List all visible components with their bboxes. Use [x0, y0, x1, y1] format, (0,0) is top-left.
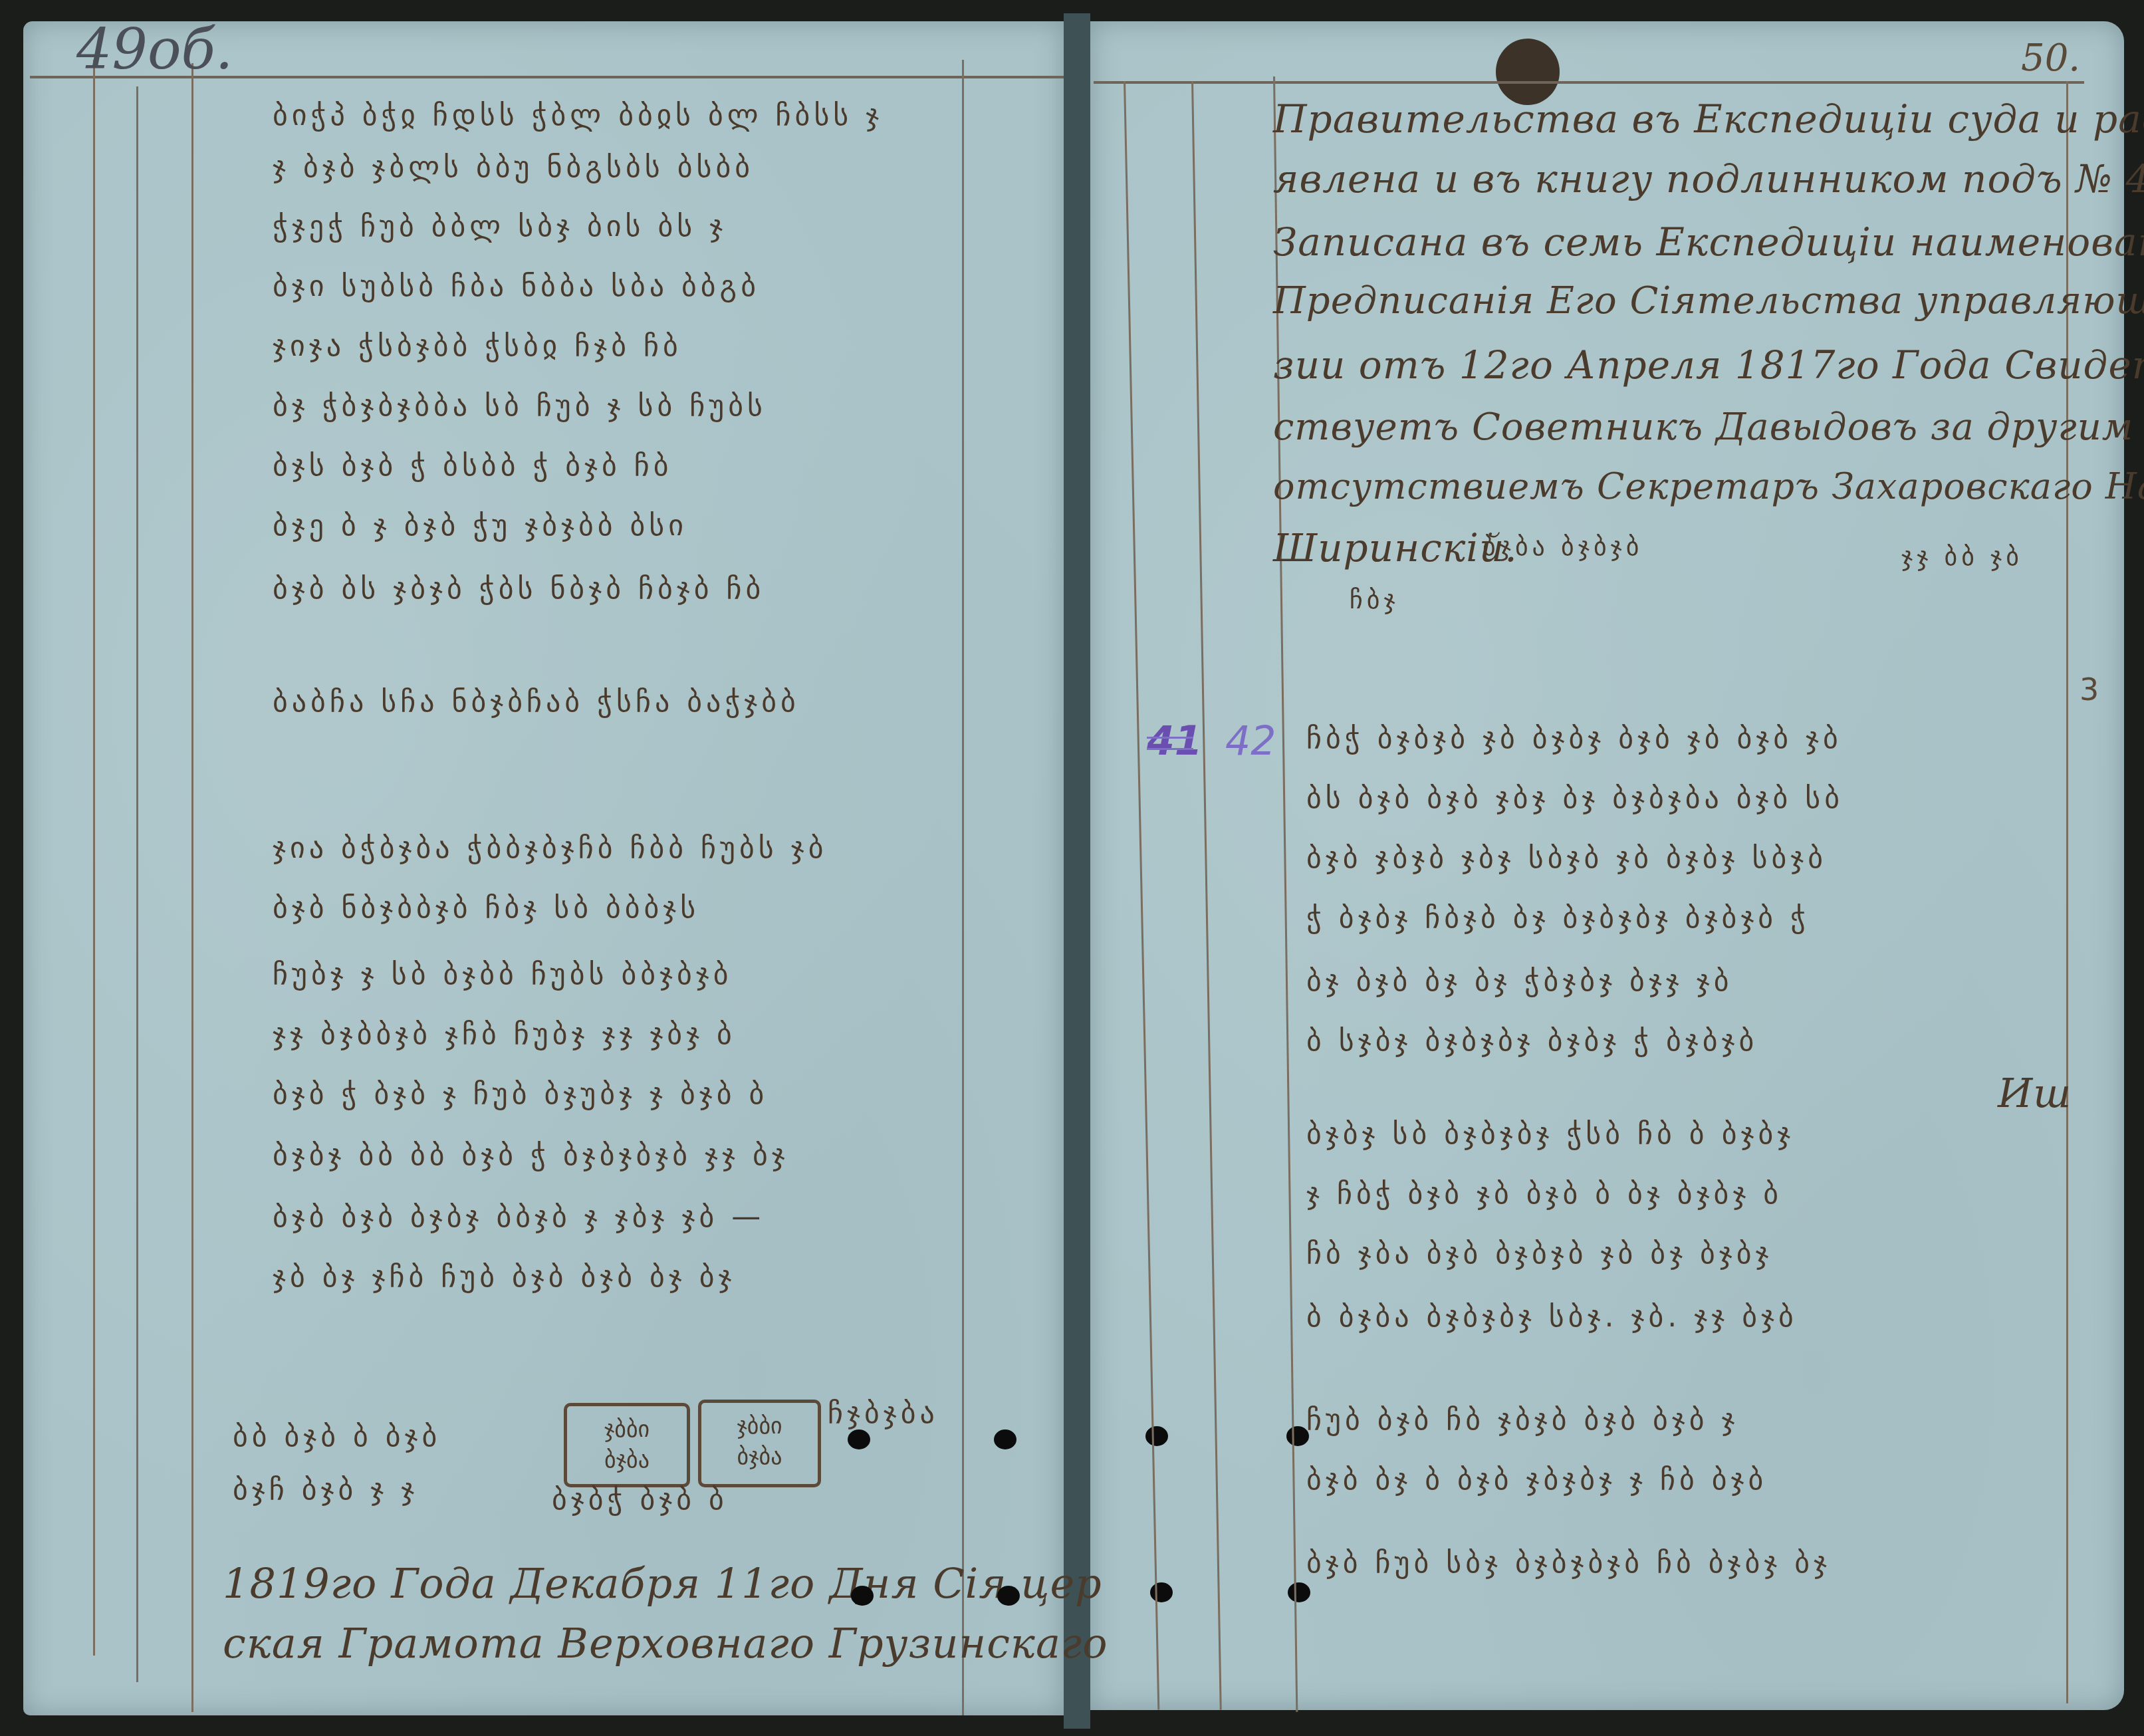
text-line: ჩბ ჯბა ბჯბ ბჯბჯბ ჯბ ბჯ ბჯბჯ — [1306, 1237, 1773, 1271]
text-line: ჯ ბჯბ ჯბლს ბბუ ნბგსბს ბსბბ — [273, 150, 754, 184]
text-line: ჭჯეჭ ჩუბ ბბლ სბჯ ბის ბს ჯ — [273, 209, 727, 243]
cyrillic-line: зии отъ 12го Апреля 1817го Года Свидетел… — [1273, 342, 2144, 388]
binding-hole — [1286, 1426, 1309, 1446]
strikethrough-mark — [1147, 737, 1193, 739]
binding-hole — [1288, 1582, 1310, 1602]
left-folio-number: 49об. — [76, 17, 233, 82]
text-line: ჩუბ ბჯბ ჩბ ჯბჯბ ბჯბ ბჯბ ჯ — [1306, 1403, 1739, 1437]
georgian-signature: ჩბჯ — [1350, 585, 1399, 614]
cyrillic-line: ствуетъ Советникъ Давыдовъ за другим обе… — [1273, 406, 2144, 449]
cyrillic-line: Ширинскій. — [1273, 525, 1518, 570]
text-line: ბჯბ ბჯბ ბჯბჯ ბბჯბ ჯ ჯბჯ ჯბ — — [273, 1200, 765, 1234]
text-line: ბს ბჯბ ბჯბ ჯბჯ ბჯ ბჯბჯბა ბჯბ სბ — [1306, 781, 1844, 815]
text-line: ბჯ ჭბჯბჯბბა სბ ჩუბ ჯ სბ ჩუბს — [273, 389, 767, 423]
left-margin-rule-3 — [191, 63, 193, 1712]
text-line: ბჯი სუბსბ ჩბა ნბბა სბა ბბგბ — [273, 269, 760, 303]
cyrillic-line: отсутствиемъ Секретаръ Захаровскаго Надс… — [1273, 465, 2144, 507]
text-line: ბჯე ბ ჯ ბჯბ ჭუ ჯბჯბბ ბსი — [273, 509, 687, 543]
text-line: ბჯ ბჯბ ბჯ ბჯ ჭბჯბჯ ბჯჯ ჯბ — [1306, 964, 1733, 998]
binding-hole — [851, 1586, 874, 1606]
cyrillic-line: Правительства въ Експедиціи суда и распр… — [1273, 96, 2144, 142]
signature-line: ბჯჩ ბჯბ ჯ ჯ — [233, 1473, 418, 1507]
right-folio-number: 50. — [2021, 37, 2080, 80]
margin-mark: 3 — [2080, 672, 2099, 707]
stamp-text: ბჯბა — [567, 1445, 687, 1475]
text-line: ჯია ბჭბჯბა ჭბბჯბჯჩბ ჩბბ ჩუბს ჯბ — [273, 831, 828, 865]
georgian-signature: ბჯბა ბჯბჯბ — [1483, 532, 1643, 561]
text-line: ჯჯ ბჯბბჯბ ჯჩბ ჩუბჯ ჯჯ ჯბჯ ბ — [273, 1017, 736, 1051]
text-line: ჯ ჩბჭ ბჯბ ჯბ ბჯბ ბ ბჯ ბჯბჯ ბ — [1306, 1177, 1782, 1211]
cyrillic-footer-line: ская Грамота Верховнаго Грузинскаго — [223, 1619, 1108, 1668]
text-line: ბჯბ ბს ჯბჯბ ჭბს ნბჯბ ჩბჯბ ჩბ — [273, 572, 765, 606]
text-line: ბიჭპ ბჭჲ ჩდსს ჭბლ ბბჲს ბლ ჩბსს ჯ — [273, 98, 883, 132]
text-line: ბჯბ ნბჯბბჯბ ჩბჯ სბ ბბბჯს — [273, 891, 699, 925]
text-line: ბჯბჯ ბბ ბბ ბჯბ ჭ ბჯბჯბჯბ ჯჯ ბჯ — [273, 1138, 789, 1172]
stamp-text: ჯბბი — [567, 1414, 687, 1445]
text-line: ბჯბ ჯბჯბ ჯბჯ სბჯბ ჯბ ბჯბჯ სბჯბ — [1306, 841, 1827, 875]
binding-hole — [1145, 1426, 1168, 1446]
text-line: ბჯბ ჩუბ სბჯ ბჯბჯბჯბ ჩბ ბჯბჯ ბჯ — [1306, 1546, 1831, 1580]
cyrillic-line: Записана въ семь Експедиціи наименованіи — [1273, 219, 2144, 265]
text-line: ბჯს ბჯბ ჭ ბსბბ ჭ ბჯბ ჩბ — [273, 449, 673, 483]
text-line: ჩბჭ ბჯბჯბ ჯბ ბჯბჯ ბჯბ ჯბ ბჯბ ჯბ — [1306, 721, 1842, 755]
text-line: ჭ ბჯბჯ ჩბჯბ ბჯ ბჯბჯბჯ ბჯბჯბ ჭ — [1306, 901, 1810, 935]
left-right-rule — [962, 60, 964, 1715]
stamp-text: ბჯბა — [701, 1441, 818, 1472]
text-line: ბჯბჯ სბ ბჯბჯბჯ ჭსბ ჩბ ბ ბჯბჯ — [1306, 1117, 1794, 1151]
text-line: ბაბჩა სჩა ნბჯბჩაბ ჭსჩა ბაჭჯბბ — [273, 685, 800, 719]
book-gutter — [1064, 13, 1090, 1729]
cyrillic-footer-line: 1819го Года Декабря 11го Дня Сія цер — [223, 1559, 1102, 1608]
binding-hole — [997, 1586, 1020, 1606]
text-line: ბ ბჯბა ბჯბჯბჯ სბჯ. ჯბ. ჯჯ ბჯბ — [1306, 1300, 1798, 1334]
text-line: ბჯბ ბჯ ბ ბჯბ ჯბჯბჯ ჯ ჩბ ბჯბ — [1306, 1463, 1767, 1497]
georgian-signature: ჯჯ ბბ ჯბ — [1901, 542, 2023, 571]
seal-stamp-box: ჯბბი ბჯბა — [698, 1400, 821, 1487]
signature-line: ბბ ბჯბ ბ ბჯბ — [233, 1420, 441, 1453]
cyrillic-line: явлена и въ книгу подлинником подъ № 41м — [1273, 156, 2144, 201]
stamp-text: ჯბბი — [701, 1411, 818, 1441]
left-margin-rule-2 — [136, 86, 138, 1682]
left-margin-rule-1 — [93, 60, 95, 1656]
cyrillic-line: Предписанія Его Сіятельства управляющаго… — [1273, 279, 2144, 322]
text-line: ბ სჯბჯ ბჯბჯბჯ ბჯბჯ ჭ ბჯბჯბ — [1306, 1024, 1758, 1058]
strikethrough-mark — [1147, 748, 1193, 750]
margin-signature: Иш — [1998, 1070, 2072, 1117]
right-header-rule — [1094, 81, 2084, 84]
signature: ჩჯბჯბა — [828, 1396, 939, 1430]
text-line: ჩუბჯ ჯ სბ ბჯბბ ჩუბს ბბჯბჯბ — [273, 957, 733, 991]
text-line: ჯბ ბჯ ჯჩბ ჩუბ ბჯბ ბჯბ ბჯ ბჯ — [273, 1260, 735, 1294]
text-line: ჯიჯა ჭსბჯბბ ჭსბჲ ჩჯბ ჩბ — [273, 329, 682, 363]
binding-hole — [848, 1429, 870, 1449]
signature-scrawl: ბჯბჭ ბჯბ ბ — [552, 1483, 728, 1517]
entry-number-crossed: 41 — [1147, 718, 1203, 765]
seal-stamp-box: ჯბბი ბჯბა — [564, 1403, 690, 1487]
binding-hole — [1150, 1582, 1173, 1602]
text-line: ბჯბ ჭ ბჯბ ჯ ჩუბ ბჯუბჯ ჯ ბჯბ ბ — [273, 1077, 768, 1111]
binding-hole — [994, 1429, 1016, 1449]
wax-seal-mark — [1496, 39, 1560, 105]
right-right-rule — [2066, 81, 2068, 1703]
entry-number: 42 — [1225, 718, 1276, 765]
